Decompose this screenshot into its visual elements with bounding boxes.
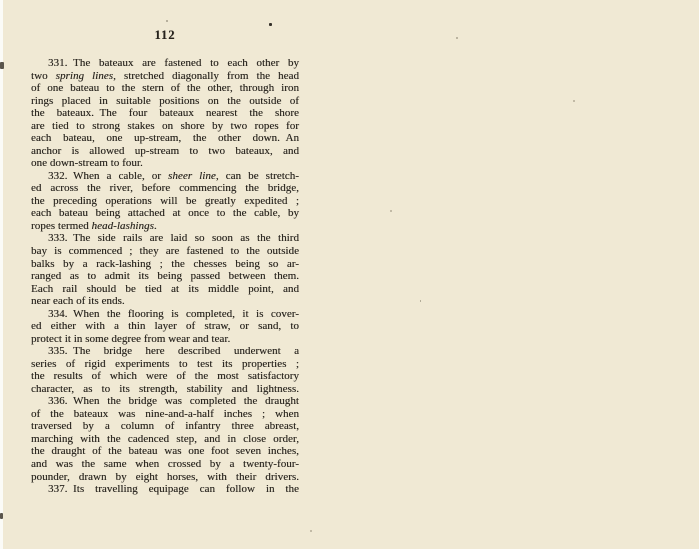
print-text: , stretched diagonally from the head: [113, 70, 299, 82]
italic-text: head-lashings: [92, 220, 154, 232]
text-line: 337. Its travelling equipage can follow …: [31, 483, 299, 496]
text-line: two spring lines, stretched diagonally f…: [31, 70, 299, 83]
text-line: one down-stream to four.: [31, 157, 299, 170]
print-text: protect it in some degree from wear and …: [31, 333, 230, 345]
print-text: traversed by a column of infantry three …: [31, 420, 299, 432]
print-text: balks by a rack-lashing ; the chesses be…: [31, 258, 299, 270]
print-text: the results of which were of the most sa…: [31, 370, 299, 382]
text-line: 331. The bateaux are fastened to each ot…: [31, 57, 299, 70]
print-text: are tied to strong stakes on shore by tw…: [31, 120, 299, 132]
text-line: marching with the cadenced step, and in …: [31, 433, 299, 446]
text-line: of one bateau to the stern of the other,…: [31, 82, 299, 95]
page-number: 112: [31, 28, 299, 43]
text-line: each bateau being attached at once to th…: [31, 207, 299, 220]
text-line: 334. When the flooring is completed, it …: [31, 308, 299, 321]
print-text: of one bateau to the stern of the other,…: [31, 82, 299, 94]
print-text: anchor is allowed up-stream to two batea…: [31, 145, 299, 157]
print-text: ropes termed: [31, 220, 92, 232]
print-text: Each rail should be tied at its middle p…: [31, 283, 299, 295]
scan-speck: [310, 530, 312, 532]
text-line: bay is commenced ; they are fastened to …: [31, 245, 299, 258]
print-text: 336. When the bridge was completed the d…: [48, 395, 299, 407]
scan-speck: [269, 23, 272, 26]
print-text: character, as to its strength, stability…: [31, 383, 299, 395]
text-line: Each rail should be tied at its middle p…: [31, 283, 299, 296]
text-line: near each of its ends.: [31, 295, 299, 308]
text-line: of the bateaux was nine-and-a-half inche…: [31, 408, 299, 421]
print-text: ed across the river, before commencing t…: [31, 182, 299, 194]
text-line: ed across the river, before commencing t…: [31, 182, 299, 195]
text-line: 336. When the bridge was completed the d…: [31, 395, 299, 408]
scan-left-edge: [0, 0, 3, 549]
print-text: the preceding operations will be greatly…: [31, 195, 299, 207]
print-text: ed either with a thin layer of straw, or…: [31, 320, 299, 332]
text-line: traversed by a column of infantry three …: [31, 420, 299, 433]
scan-speck: [573, 100, 575, 102]
scanned-book-page: 112 331. The bateaux are fastened to eac…: [0, 0, 699, 549]
text-line: the bateaux. The four bateaux nearest th…: [31, 107, 299, 120]
print-text: 333. The side rails are laid so soon as …: [48, 232, 299, 244]
scan-speck: [390, 210, 392, 212]
text-line: 333. The side rails are laid so soon as …: [31, 232, 299, 245]
text-line: the preceding operations will be greatly…: [31, 195, 299, 208]
print-text: rings placed in suitable positions on th…: [31, 95, 299, 107]
text-line: rings placed in suitable positions on th…: [31, 95, 299, 108]
text-line: balks by a rack-lashing ; the chesses be…: [31, 258, 299, 271]
text-line: anchor is allowed up-stream to two batea…: [31, 145, 299, 158]
text-line: 335. The bridge here described underwent…: [31, 345, 299, 358]
text-line: the draught of the bateau was one foot s…: [31, 445, 299, 458]
print-text: two: [31, 70, 56, 82]
print-text: and was the same when crossed by a twent…: [31, 458, 299, 470]
text-line: character, as to its strength, stability…: [31, 383, 299, 396]
print-text: each bateau, one up-stream, the other do…: [31, 132, 299, 144]
italic-text: sheer line: [168, 170, 216, 182]
scan-speck: [456, 37, 458, 39]
text-line: each bateau, one up-stream, the other do…: [31, 132, 299, 145]
print-text: pounder, drawn by eight horses, with the…: [31, 471, 299, 483]
print-text: the bateaux. The four bateaux nearest th…: [31, 107, 299, 119]
text-line: the results of which were of the most sa…: [31, 370, 299, 383]
print-text: .: [154, 220, 157, 232]
text-line: and was the same when crossed by a twent…: [31, 458, 299, 471]
text-line: 332. When a cable, or sheer line, can be…: [31, 170, 299, 183]
print-text: ranged as to admit its being passed betw…: [31, 270, 299, 282]
scan-speck: [95, 250, 96, 252]
print-text: 337. Its travelling equipage can follow …: [48, 483, 299, 495]
print-text: each bateau being attached at once to th…: [31, 207, 299, 219]
text-line: ropes termed head-lashings.: [31, 220, 299, 233]
print-text: series of rigid experiments to test its …: [31, 358, 299, 370]
scan-speck: [420, 300, 421, 302]
print-text: marching with the cadenced step, and in …: [31, 433, 299, 445]
print-text: one down-stream to four.: [31, 157, 143, 169]
print-text: the draught of the bateau was one foot s…: [31, 445, 299, 457]
print-text: bay is commenced ; they are fastened to …: [31, 245, 299, 257]
print-text: 335. The bridge here described underwent…: [48, 345, 299, 357]
italic-text: spring lines: [56, 70, 113, 82]
print-text: , can be stretch-: [216, 170, 299, 182]
text-line: ranged as to admit its being passed betw…: [31, 270, 299, 283]
print-text: 334. When the flooring is completed, it …: [48, 308, 299, 320]
text-line: series of rigid experiments to test its …: [31, 358, 299, 371]
text-line: protect it in some degree from wear and …: [31, 333, 299, 346]
scan-speck: [0, 513, 3, 519]
print-text: 331. The bateaux are fastened to each ot…: [48, 57, 299, 69]
text-block: 331. The bateaux are fastened to each ot…: [31, 57, 299, 496]
text-line: pounder, drawn by eight horses, with the…: [31, 471, 299, 484]
text-line: are tied to strong stakes on shore by tw…: [31, 120, 299, 133]
print-text: 332. When a cable, or: [48, 170, 168, 182]
scan-speck: [0, 62, 4, 69]
print-text: near each of its ends.: [31, 295, 125, 307]
scan-speck: [166, 20, 168, 22]
print-text: of the bateaux was nine-and-a-half inche…: [31, 408, 299, 420]
text-line: ed either with a thin layer of straw, or…: [31, 320, 299, 333]
